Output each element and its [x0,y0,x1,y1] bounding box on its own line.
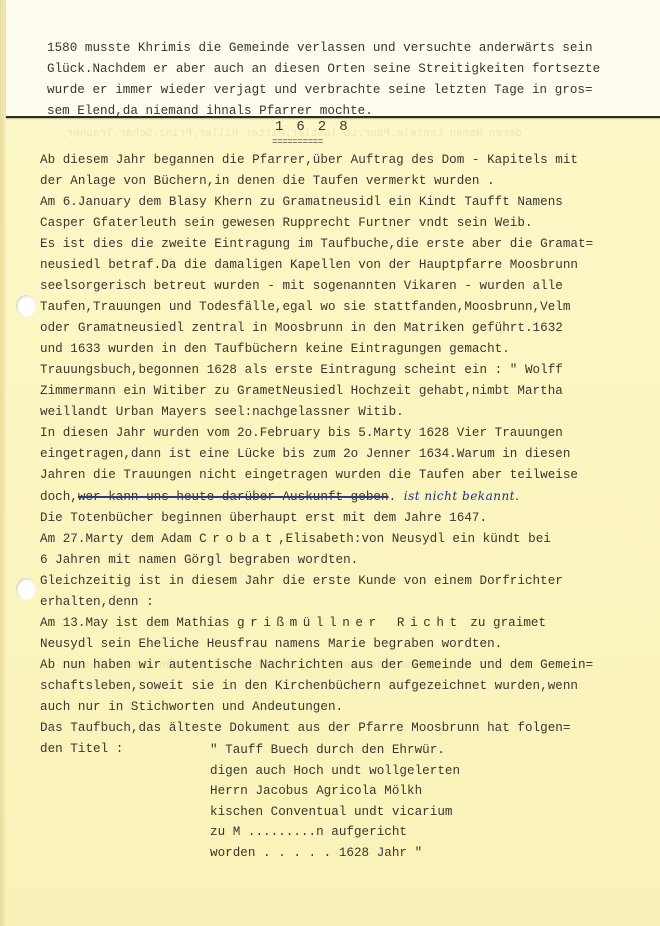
struck-through-text: wer kann uns heute darüber Auskunft gebe… [78,490,389,504]
text-line: Das Taufbuch,das älteste Dokument aus de… [40,718,655,739]
text-line: weillandt Urban Mayers seel:nachgelassne… [40,402,655,423]
quote-line: zu M .........n aufgericht [210,822,540,843]
text-line: wurde er immer wieder verjagt und verbra… [47,80,657,101]
section-year-heading: 1628 [275,117,361,137]
text-line: Am 13.May ist dem Mathias grißmüllner Ri… [40,613,655,634]
text-line: Casper Gfaterleuth sein gewesen Rupprech… [40,213,655,234]
text-line: Die Totenbücher beginnen überhaupt erst … [40,508,655,529]
text-suffix: . [389,490,397,504]
text-line: Am 27.Marty dem Adam Crobat,Elisabeth:vo… [40,529,655,550]
text-line: erhalten,denn : [40,592,655,613]
text-line: neusiedl betraf.Da die damaligen Kapelle… [40,255,655,276]
text-line: und 1633 wurden in den Taufbüchern keine… [40,339,655,360]
text-line: seelsorgerisch betreut wurden - mit soge… [40,276,655,297]
text-line: Trauungsbuch,begonnen 1628 als erste Ein… [40,360,655,381]
text-prefix: Am 13.May ist dem Mathias [40,616,237,630]
baptism-book-title-quote: " Tauff Buech durch den Ehrwür. digen au… [210,740,540,863]
text-prefix: Am 27.Marty dem Adam [40,532,199,546]
text-line: Ab diesem Jahr begannen die Pfarrer,über… [40,150,655,171]
handwritten-annotation: ist nicht bekannt. [404,489,520,503]
spaced-name: Crobat [199,532,278,546]
text-line: Ab nun haben wir autentische Nachrichten… [40,655,655,676]
text-line: In diesen Jahr wurden vom 2o.February bi… [40,423,655,444]
text-line: oder Gramatneusiedl zentral in Moosbrunn… [40,318,655,339]
text-line: schaftsleben,soweit sie in den Kirchenbü… [40,676,655,697]
struck-text-line: doch,wer kann uns heute darüber Auskunft… [40,486,655,508]
spaced-title: Richt [397,616,463,630]
text-line: 1580 musste Khrimis die Gemeinde verlass… [47,38,657,59]
text-line: eingetragen,dann ist eine Lücke bis zum … [40,444,655,465]
text-suffix: zu graimet [463,616,546,630]
document-page: deren Namen Lentele,Paur,Lo lastler,Pitt… [0,0,660,926]
pasted-paper-strip: 1580 musste Khrimis die Gemeinde verlass… [6,0,660,118]
text-line: auch nur in Stichworten und Andeutungen. [40,697,655,718]
text-line: Es ist dies die zweite Eintragung im Tau… [40,234,655,255]
section-year-underline: ========== [272,137,323,147]
page-edge [0,0,6,926]
quote-line: Herrn Jacobus Agricola Mölkh [210,781,540,802]
quote-line: digen auch Hoch undt wollgelerten [210,761,540,782]
body-text: Ab diesem Jahr begannen die Pfarrer,über… [40,150,655,760]
text-line: Jahren die Trauungen nicht eingetragen w… [40,465,655,486]
quote-line: " Tauff Buech durch den Ehrwür. [210,740,540,761]
text-line: Glück.Nachdem er aber auch an diesen Ort… [47,59,657,80]
text-line: Gleichzeitig ist in diesem Jahr die erst… [40,571,655,592]
quote-line: worden . . . . . 1628 Jahr " [210,843,540,864]
text-prefix: doch, [40,490,78,504]
text-line: Neusydl sein Eheliche Heusfrau namens Ma… [40,634,655,655]
text-line: Zimmermann ein Witiber zu GrametNeusiedl… [40,381,655,402]
text-line: 6 Jahren mit namen Görgl begraben wordte… [40,550,655,571]
text-line: Am 6.January dem Blasy Khern zu Gramatne… [40,192,655,213]
quote-line: kischen Conventual undt vicarium [210,802,540,823]
punch-hole [16,295,36,317]
text-line: Taufen,Trauungen und Todesfälle,egal wo … [40,297,655,318]
text-suffix: ,Elisabeth:von Neusydl ein kündt bei [278,532,551,546]
punch-hole [16,578,36,600]
text-line: der Anlage von Büchern,in denen die Tauf… [40,171,655,192]
spaced-name: grißmüllner [237,616,382,630]
